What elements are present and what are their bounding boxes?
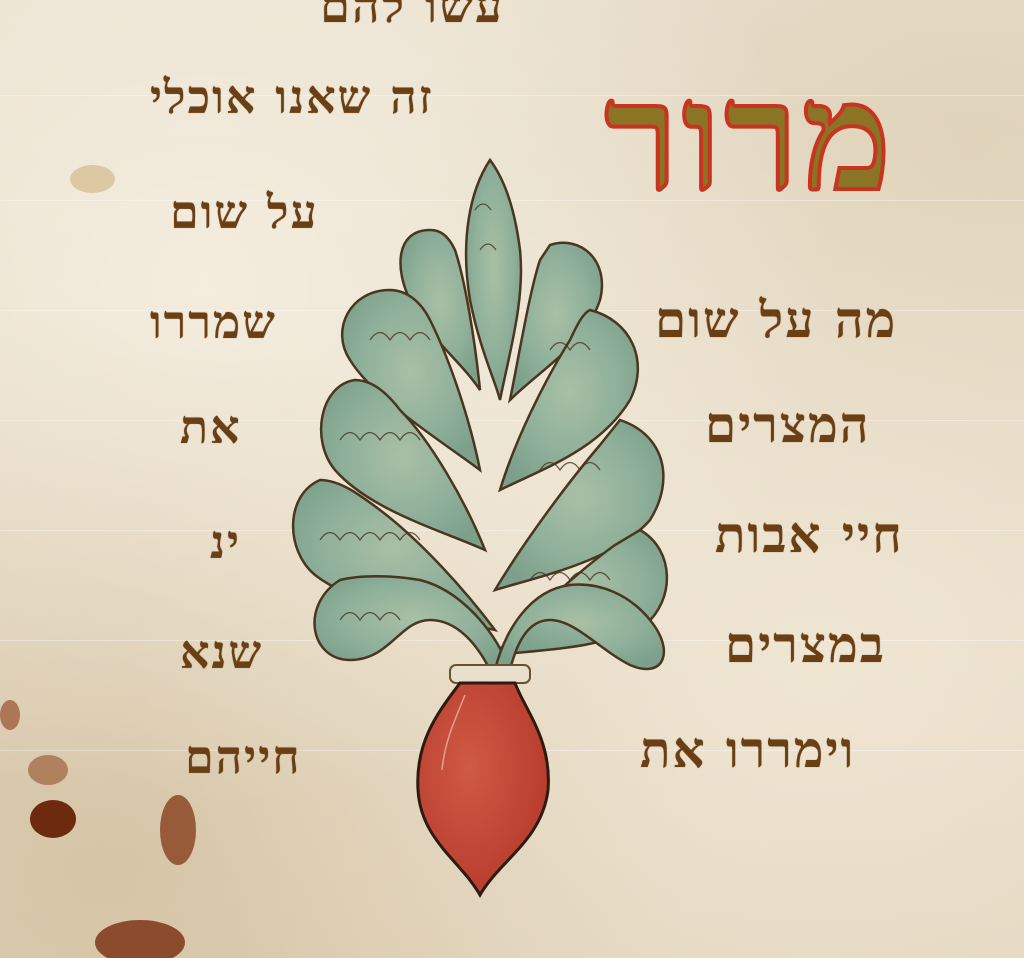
left-line-4: את [180,400,242,454]
red-root-bulb [418,683,549,895]
right-line-3: חיי אבות [715,505,904,564]
left-line-5: ינ [210,515,241,569]
stain [70,165,115,193]
stain [0,700,20,730]
left-line-1: זה שאנו אוכלי [150,70,434,124]
stain [160,795,196,865]
top-line-text: עשו להם [320,0,504,34]
right-line-4: במצרים [725,615,886,674]
right-line-1: מה על שום [655,290,897,349]
stain [30,800,76,838]
leaf-crown [293,160,667,670]
stain [28,755,68,785]
left-line-6: שנא [180,625,263,679]
right-line-2: המצרים [705,395,870,454]
plant-collar [450,665,530,683]
left-line-3: שמררו [150,295,277,349]
maror-plant-illustration [280,150,680,910]
stain [95,920,185,958]
